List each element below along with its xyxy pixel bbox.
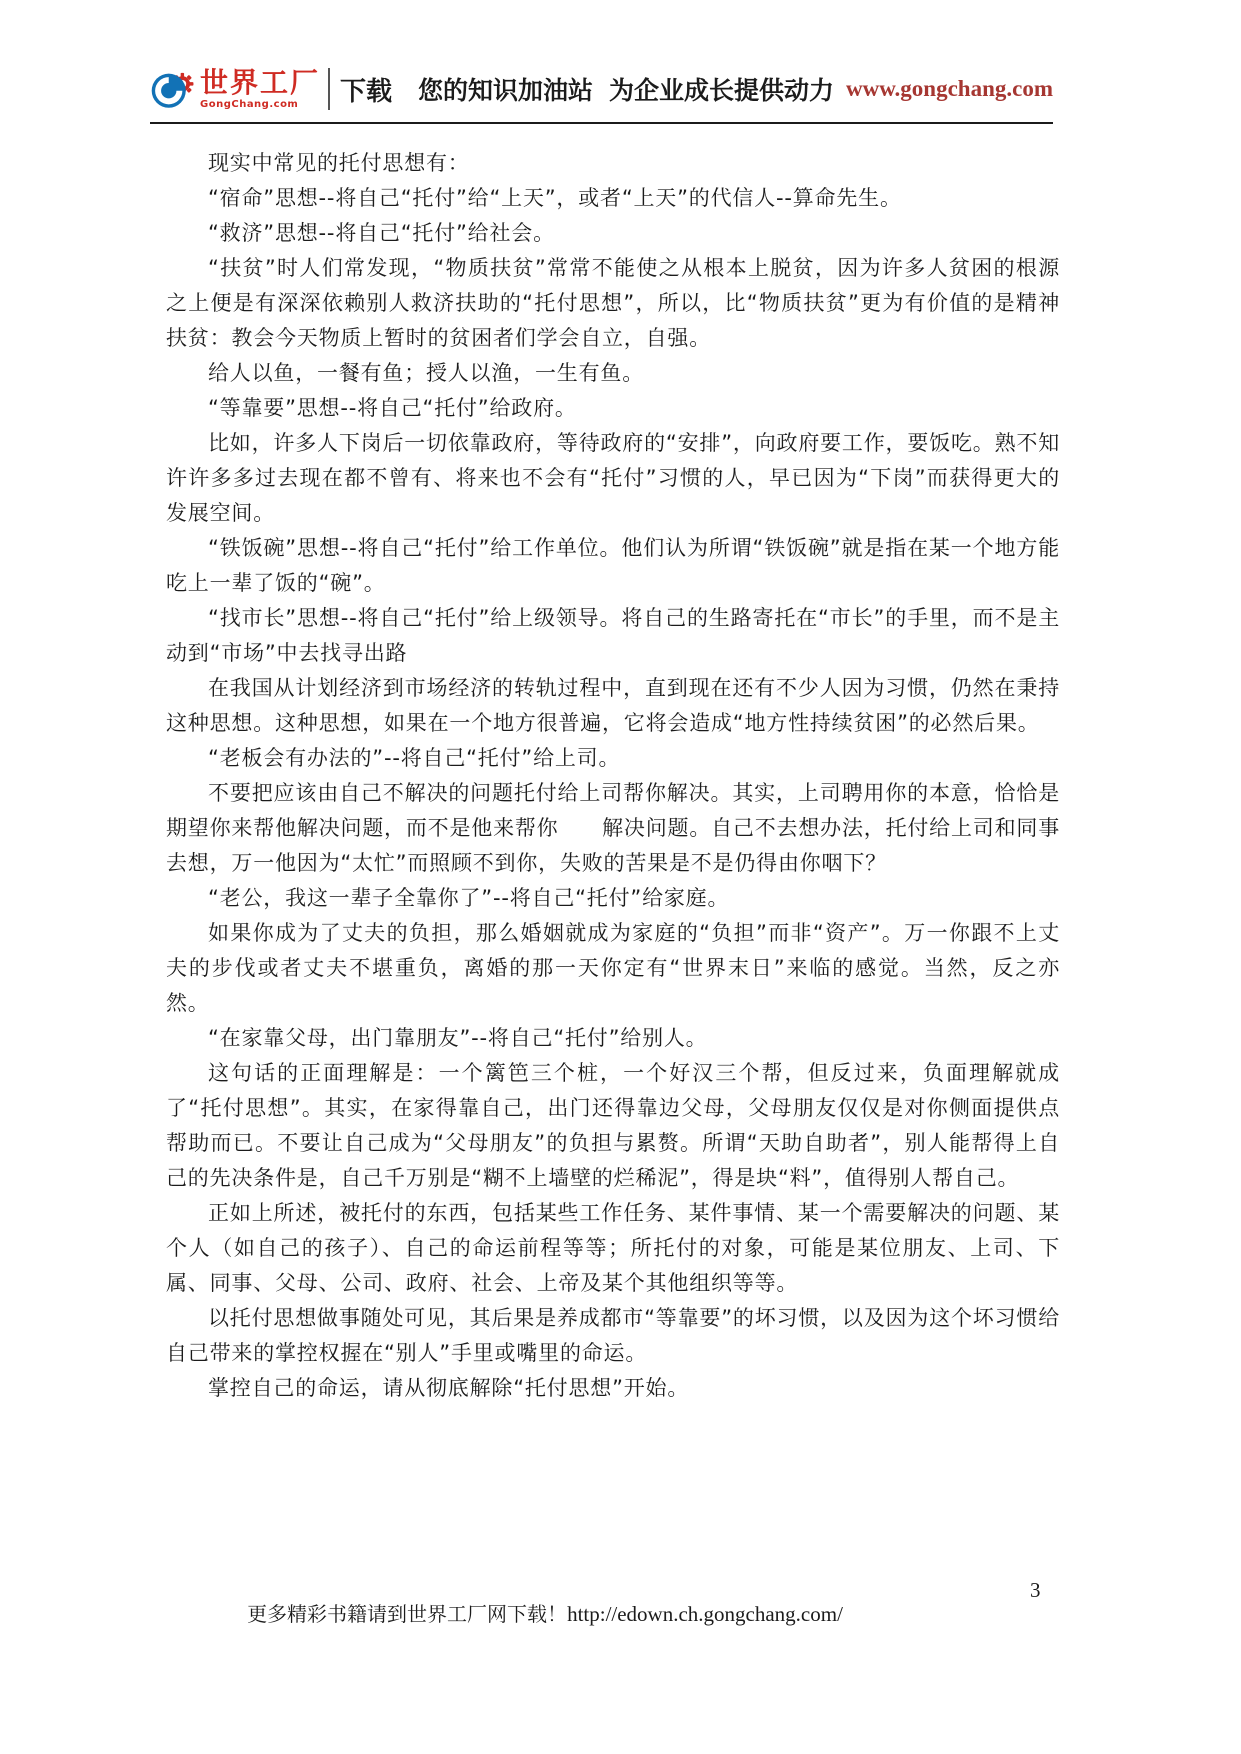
paragraph: “扶贫”时人们常发现，“物质扶贫”常常不能使之从根本上脱贫，因为许多人贫困的根源… [166, 251, 1060, 356]
footer-download-url: http://edown.ch.gongchang.com/ [567, 1602, 843, 1626]
paragraph: “在家靠父母，出门靠朋友”--将自己“托付”给别人。 [166, 1021, 1060, 1056]
paragraph: 比如，许多人下岗后一切依靠政府，等待政府的“安排”，向政府要工作，要饭吃。熟不知… [166, 426, 1060, 531]
paragraph: 掌控自己的命运，请从彻底解除“托付思想”开始。 [166, 1371, 1060, 1406]
page-number: 3 [1030, 1578, 1041, 1603]
paragraph: 在我国从计划经济到市场经济的转轨过程中，直到现在还有不少人因为习惯，仍然在秉持这… [166, 671, 1060, 741]
header-slogan: 您的知识加油站为企业成长提供动力 [418, 71, 834, 107]
paragraph: 正如上所述，被托付的东西，包括某些工作任务、某件事情、某一个需要解决的问题、某个… [166, 1196, 1060, 1301]
paragraph: 不要把应该由自己不解决的问题托付给上司帮你解决。其实，上司聘用你的本意，恰恰是期… [166, 776, 1060, 881]
brand-domain: GongChang.com [200, 100, 320, 110]
paragraph: “宿命”思想--将自己“托付”给“上天”，或者“上天”的代信人--算命先生。 [166, 181, 1060, 216]
paragraph: “老公，我这一辈子全靠你了”--将自己“托付”给家庭。 [166, 881, 1060, 916]
header-divider [328, 68, 330, 110]
paragraph: 这句话的正面理解是：一个篱笆三个桩，一个好汉三个帮，但反过来，负面理解就成了“托… [166, 1056, 1060, 1196]
paragraph: “找市长”思想--将自己“托付”给上级领导。将自己的生路寄托在“市长”的手里，而… [166, 601, 1060, 671]
page-footer: 更多精彩书籍请到世界工厂网下载！http://edown.ch.gongchan… [150, 1598, 940, 1627]
paragraph: “救济”思想--将自己“托付”给社会。 [166, 216, 1060, 251]
paragraph: “等靠要”思想--将自己“托付”给政府。 [166, 391, 1060, 426]
download-label: 下载 [340, 71, 392, 108]
paragraph: 现实中常见的托付思想有： [166, 146, 1060, 181]
footer-note: 更多精彩书籍请到世界工厂网下载！ [247, 1602, 567, 1626]
brand-name: 世界工厂 [200, 69, 320, 97]
page-header: 世界工厂 GongChang.com 下载 您的知识加油站为企业成长提供动力 w… [150, 66, 1053, 124]
slogan-part-1: 您的知识加油站 [418, 76, 593, 105]
document-body: 现实中常见的托付思想有：“宿命”思想--将自己“托付”给“上天”，或者“上天”的… [166, 146, 1060, 1406]
slogan-part-2: 为企业成长提供动力 [609, 76, 834, 105]
gongchang-logo-icon [150, 66, 196, 112]
document-page: 世界工厂 GongChang.com 下载 您的知识加油站为企业成长提供动力 w… [0, 0, 1241, 1754]
paragraph: “老板会有办法的”--将自己“托付”给上司。 [166, 741, 1060, 776]
brand-text-block: 世界工厂 GongChang.com [200, 69, 320, 110]
gongchang-logo: 世界工厂 GongChang.com [150, 66, 320, 112]
paragraph: “铁饭碗”思想--将自己“托付”给工作单位。他们认为所谓“铁饭碗”就是指在某一个… [166, 531, 1060, 601]
paragraph: 如果你成为了丈夫的负担，那么婚姻就成为家庭的“负担”而非“资产”。万一你跟不上丈… [166, 916, 1060, 1021]
paragraph: 以托付思想做事随处可见，其后果是养成都市“等靠要”的坏习惯，以及因为这个坏习惯给… [166, 1301, 1060, 1371]
header-website: www.gongchang.com [846, 76, 1053, 102]
paragraph: 给人以鱼，一餐有鱼；授人以渔，一生有鱼。 [166, 356, 1060, 391]
